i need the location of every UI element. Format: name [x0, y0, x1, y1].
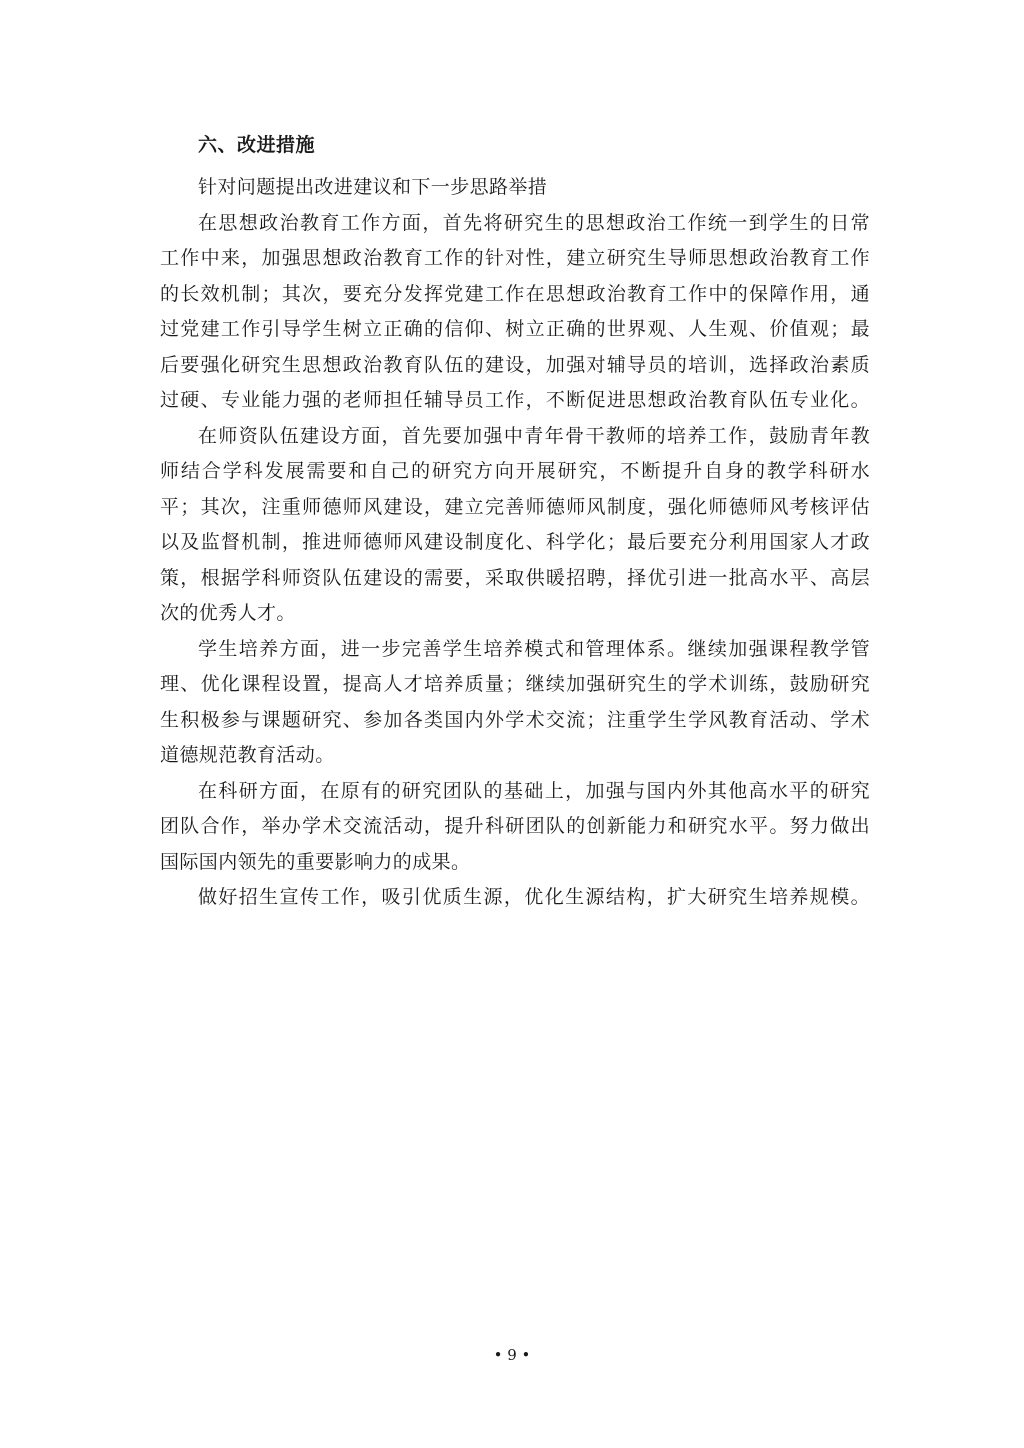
page-number: • 9 • — [0, 1345, 1024, 1365]
paragraph-line: 理、优化课程设置，提高人才培养质量；继续加强研究生的学术训练，鼓励研究 — [160, 667, 870, 703]
section-heading: 六、改进措施 — [198, 128, 870, 162]
paragraph-admissions: 做好招生宣传工作，吸引优质生源，优化生源结构，扩大研究生培养规模。 — [198, 880, 870, 916]
document-page: 六、改进措施 针对问题提出改进建议和下一步思路举措 在思想政治教育工作方面，首先… — [0, 0, 1024, 1448]
paragraph-ideological-education: 在思想政治教育工作方面，首先将研究生的思想政治工作统一到学生的日常 工作中来，加… — [198, 206, 870, 419]
paragraph-line: 道德规范教育活动。 — [160, 738, 870, 774]
paragraph-line: 生积极参与课题研究、参加各类国内外学术交流；注重学生学风教育活动、学术 — [160, 703, 870, 739]
paragraph-line: 在师资队伍建设方面，首先要加强中青年骨干教师的培养工作，鼓励青年教 — [198, 419, 870, 455]
paragraph-line: 工作中来，加强思想政治教育工作的针对性，建立研究生导师思想政治教育工作 — [160, 241, 870, 277]
paragraph-research: 在科研方面，在原有的研究团队的基础上，加强与国内外其他高水平的研究 团队合作，举… — [198, 774, 870, 881]
paragraph-line: 在思想政治教育工作方面，首先将研究生的思想政治工作统一到学生的日常 — [198, 206, 870, 242]
paragraph-line: 策，根据学科师资队伍建设的需要，采取供暖招聘，择优引进一批高水平、高层 — [160, 561, 870, 597]
paragraph-line: 学生培养方面，进一步完善学生培养模式和管理体系。继续加强课程教学管 — [198, 632, 870, 668]
paragraph-line: 的长效机制；其次，要充分发挥党建工作在思想政治教育工作中的保障作用，通 — [160, 277, 870, 313]
paragraph-line: 在科研方面，在原有的研究团队的基础上，加强与国内外其他高水平的研究 — [198, 774, 870, 810]
paragraph-line: 平；其次，注重师德师风建设，建立完善师德师风制度，强化师德师风考核评估 — [160, 490, 870, 526]
paragraph-faculty-development: 在师资队伍建设方面，首先要加强中青年骨干教师的培养工作，鼓励青年教 师结合学科发… — [198, 419, 870, 632]
paragraph-line: 过硬、专业能力强的老师担任辅导员工作，不断促进思想政治教育队伍专业化。 — [160, 383, 870, 419]
paragraph-line: 团队合作，举办学术交流活动，提升科研团队的创新能力和研究水平。努力做出 — [160, 809, 870, 845]
page-content: 六、改进措施 针对问题提出改进建议和下一步思路举措 在思想政治教育工作方面，首先… — [198, 128, 870, 916]
intro-paragraph: 针对问题提出改进建议和下一步思路举措 — [198, 170, 870, 206]
paragraph-student-training: 学生培养方面，进一步完善学生培养模式和管理体系。继续加强课程教学管 理、优化课程… — [198, 632, 870, 774]
paragraph-line: 国际国内领先的重要影响力的成果。 — [160, 845, 870, 881]
paragraph-line: 次的优秀人才。 — [160, 596, 870, 632]
paragraph-line: 后要强化研究生思想政治教育队伍的建设，加强对辅导员的培训，选择政治素质 — [160, 348, 870, 384]
intro-line: 针对问题提出改进建议和下一步思路举措 — [198, 170, 870, 206]
paragraph-line: 做好招生宣传工作，吸引优质生源，优化生源结构，扩大研究生培养规模。 — [198, 880, 870, 916]
paragraph-line: 师结合学科发展需要和自己的研究方向开展研究，不断提升自身的教学科研水 — [160, 454, 870, 490]
paragraph-line: 以及监督机制，推进师德师风建设制度化、科学化；最后要充分利用国家人才政 — [160, 525, 870, 561]
paragraph-line: 过党建工作引导学生树立正确的信仰、树立正确的世界观、人生观、价值观；最 — [160, 312, 870, 348]
